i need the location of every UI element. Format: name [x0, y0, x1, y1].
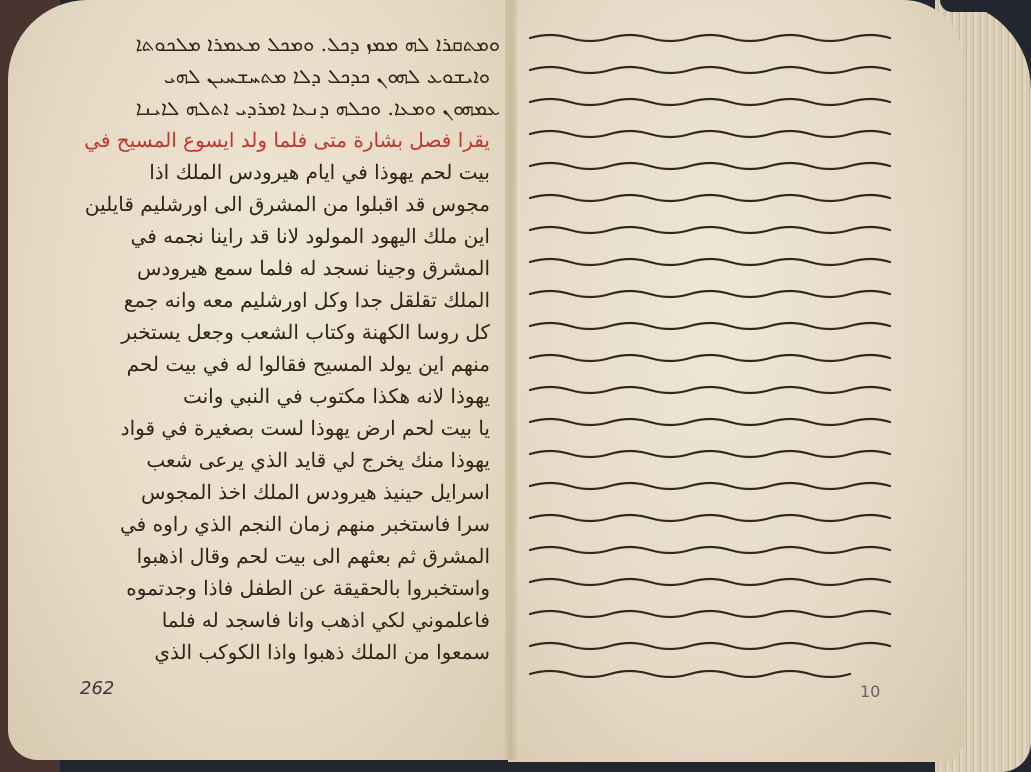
text-line: سمعوا من الملك ذهبوا واذا الكوكب الذي	[154, 640, 490, 664]
text-line: يهوذا لانه هكذا مكتوب في النبي وانت	[183, 384, 490, 408]
book-gutter	[505, 0, 517, 760]
text-line: يهوذا منك يخرج لي قايد الذي يرعى شعب	[146, 448, 490, 472]
text-line: كل روسا الكهنة وكتاب الشعب وجعل يستخبر	[121, 320, 490, 344]
text-line: سرا فاستخبر منهم زمان النجم الذي راوه في	[120, 512, 490, 536]
text-line: اين ملك اليهود المولود لانا قد راينا نجم…	[131, 224, 490, 248]
text-line: مجوس قد اقبلوا من المشرق الى اورشليم قاي…	[85, 192, 490, 216]
folio-number: 262	[80, 678, 114, 699]
text-line: ܥܡܗܘܢ ܘܡܥܐ. ܘܟܠܗ ܕܢܥܐ ܐܡܪܕܝ ܐܬܠܗ ܠܐܝܢܐ	[136, 96, 500, 120]
syriac-script-lines	[525, 18, 925, 678]
text-line: منهم اين يولد المسيح فقالوا له في بيت لح…	[127, 352, 490, 376]
text-line: ܘܡܬܩܪܐ ܠܗ ܡܡܙ ܕܟܠ. ܘܡܟܠ ܡܥܡܪܐ ܡܠܟܘܬܐ	[136, 32, 500, 56]
text-line: فاعلموني لكي اذهب وانا فاسجد له فلما	[162, 608, 490, 632]
text-line: ܘܐܝܫܘܥ ܠܗܘܢ ܟܕܟܠ ܕܠܐ ܡܬܚܫܚܝܢ ܠܗܝ	[164, 64, 490, 88]
margin-mark: 10	[860, 682, 880, 701]
left-page-text: ܘܡܬܩܪܐ ܠܗ ܡܡܙ ܕܟܠ. ܘܡܟܠ ܡܥܡܪܐ ܡܠܟܘܬܐ ܘܐܝ…	[80, 24, 500, 664]
text-line: المشرق ثم بعثهم الى بيت لحم وقال اذهبوا	[137, 544, 490, 568]
text-line: المشرق وجينا نسجد له فلما سمع هيرودس	[137, 256, 490, 280]
text-line: بيت لحم يهوذا في ايام هيرودس الملك اذا	[149, 160, 490, 184]
right-page-text	[525, 18, 925, 678]
text-line: يا بيت لحم ارض يهوذا لست بصغيرة في قواد	[121, 416, 490, 440]
text-line: اسرايل حينيذ هيرودس الملك اخذ المجوس	[141, 480, 490, 504]
rubric-line: يقرا فصل بشارة متى فلما ولد ايسوع المسيح…	[84, 128, 490, 152]
text-line: الملك تقلقل جدا وكل اورشليم معه وانه جمع	[124, 288, 490, 312]
text-line: واستخبروا بالحقيقة عن الطفل فاذا وجدتموه	[126, 576, 490, 600]
background-corner	[940, 0, 1031, 12]
